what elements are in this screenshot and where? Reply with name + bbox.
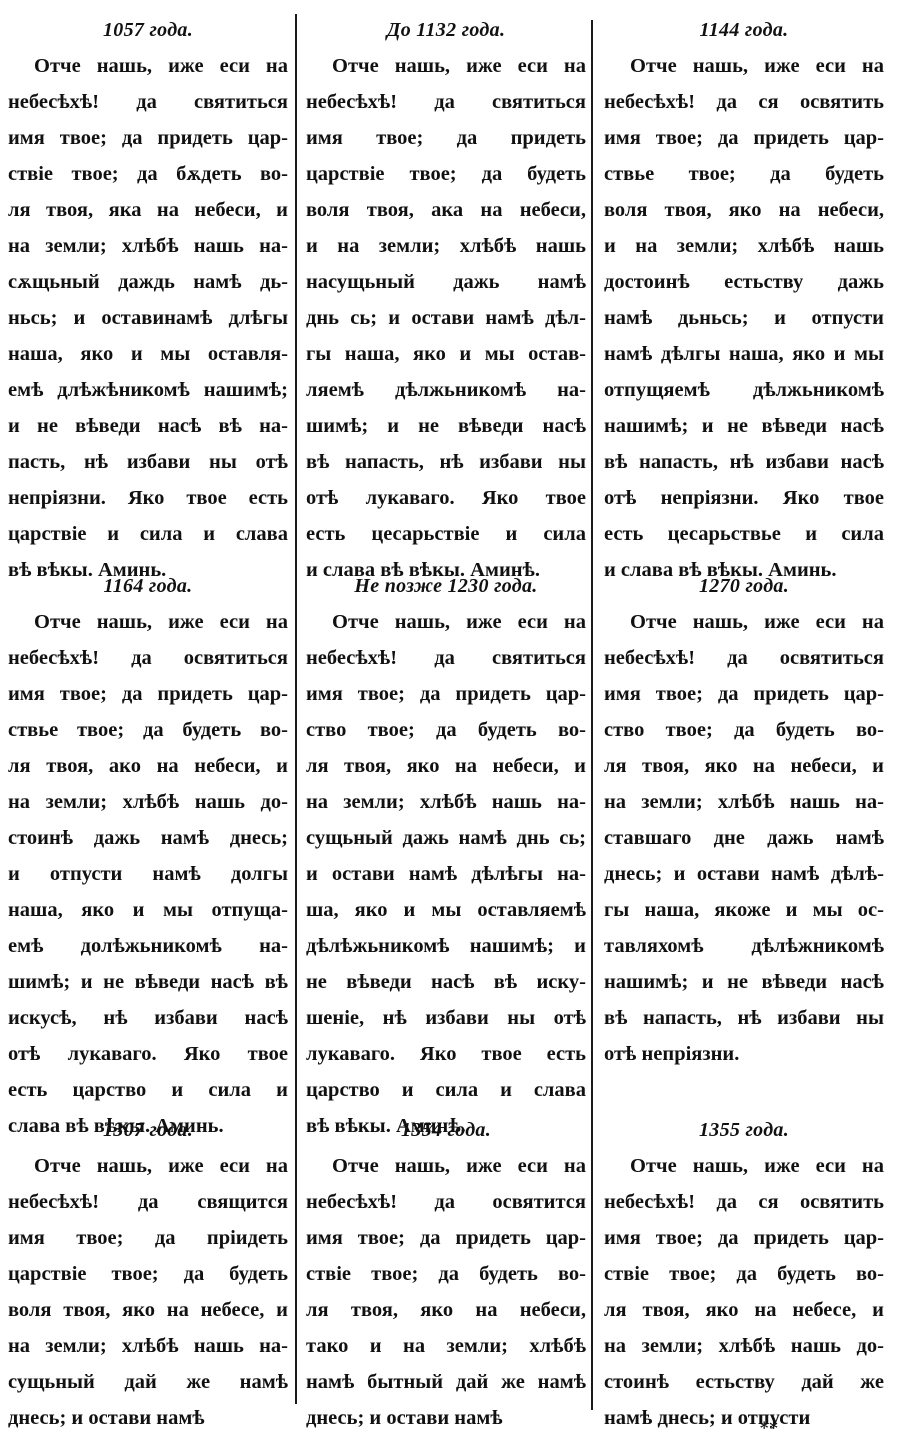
text-line: Отче нашь, иже еси на: [8, 48, 288, 84]
text-line: емѣ длѣжѣникомѣ нашимѣ;: [8, 372, 288, 408]
text-line: емѣ долѣжьникомѣ на-: [8, 928, 288, 964]
text-line: ляемѣ дѣлжьникомѣ на-: [306, 372, 586, 408]
text-line: имя твое; да придеть цар-: [306, 1220, 586, 1256]
footer-mark: **: [760, 1418, 779, 1437]
text-line: и отпусти намѣ долгы: [8, 856, 288, 892]
version-year-heading: 1354 года.: [306, 1112, 586, 1148]
text-line: есть царство и сила и: [8, 1072, 288, 1108]
text-line: стоинѣ дажь намѣ днесь;: [8, 820, 288, 856]
text-line: царствіе твое; да будеть: [306, 156, 586, 192]
text-line: ставшаго дне дажь намѣ: [604, 820, 884, 856]
text-line: небесѣхѣ! да ся освятить: [604, 84, 884, 120]
text-line: и не вѣведи насѣ вѣ на-: [8, 408, 288, 444]
text-line: отѣ непріязни. Яко твое: [604, 480, 884, 516]
text-line: шимѣ; и не вѣведи насѣ: [306, 408, 586, 444]
prayer-version: Не позже 1230 года.Отче нашь, иже еси на…: [306, 568, 586, 1144]
column-divider-2: [591, 20, 593, 1410]
version-year-heading: 1355 года.: [604, 1112, 884, 1148]
text-line: отѣ непріязни.: [604, 1036, 884, 1072]
prayer-version: 1355 года.Отче нашь, иже еси нанебесѣхѣ!…: [604, 1112, 884, 1436]
text-line: лукаваго. Яко твое есть: [306, 1036, 586, 1072]
text-line: ша, яко и мы оставляемѣ: [306, 892, 586, 928]
text-line: ньсь; и оставинамѣ длѣгы: [8, 300, 288, 336]
text-line: тавляхомѣ дѣлѣжникомѣ: [604, 928, 884, 964]
text-line: не вѣведи насѣ вѣ иску-: [306, 964, 586, 1000]
text-line: намѣ дьньсь; и отпусти: [604, 300, 884, 336]
text-line: на земли; хлѣбѣ нашь на-: [8, 228, 288, 264]
version-year-heading: Не позже 1230 года.: [306, 568, 586, 604]
text-line: отѣ лукаваго. Яко твое: [8, 1036, 288, 1072]
text-line: намѣ бытный дай же намѣ: [306, 1364, 586, 1400]
text-line: имя твое; да придеть цар-: [604, 1220, 884, 1256]
version-year-heading: 1307 года.: [8, 1112, 288, 1148]
text-line: наша, яко и мы оставля-: [8, 336, 288, 372]
text-line: воля твоя, ака на небеси,: [306, 192, 586, 228]
text-line: и на земли; хлѣбѣ нашь: [306, 228, 586, 264]
prayer-version: 1164 года.Отче нашь, иже еси нанебесѣхѣ!…: [8, 568, 288, 1144]
text-line: имя твое; да придеть цар-: [8, 120, 288, 156]
text-line: гы наша, якоже и мы ос-: [604, 892, 884, 928]
prayer-version: 1144 года.Отче нашь, иже еси нанебесѣхѣ!…: [604, 12, 884, 588]
text-line: вѣ напасть, нѣ избави ны: [604, 1000, 884, 1036]
text-line: имя твое; да придеть: [306, 120, 586, 156]
text-line: ля твоя, яка на небеси, и: [8, 192, 288, 228]
text-line: шимѣ; и не вѣведи насѣ вѣ: [8, 964, 288, 1000]
text-line: вѣ напасть, нѣ избави ны: [306, 444, 586, 480]
text-line: небесѣхѣ! да освятиться: [604, 640, 884, 676]
text-line: Отче нашь, иже еси на: [604, 1148, 884, 1184]
text-line: Отче нашь, иже еси на: [8, 604, 288, 640]
text-line: Отче нашь, иже еси на: [604, 604, 884, 640]
prayer-version: 1307 года.Отче нашь, иже еси нанебесѣхѣ!…: [8, 1112, 288, 1436]
text-line: пасть, нѣ избави ны отѣ: [8, 444, 288, 480]
text-line: небесѣхѣ! да освятиться: [8, 640, 288, 676]
text-line: небесѣхѣ! да святиться: [306, 84, 586, 120]
text-line: ствіе твое; да будеть во-: [604, 1256, 884, 1292]
column-divider-1: [295, 14, 297, 1404]
text-line: намѣ днесь; и отпусти: [604, 1400, 884, 1436]
text-line: на земли; хлѣбѣ нашь на-: [8, 1328, 288, 1364]
text-line: ля твоя, яко на небесе, и: [604, 1292, 884, 1328]
text-line: небесѣхѣ! да святиться: [8, 84, 288, 120]
text-line: гы наша, яко и мы остав-: [306, 336, 586, 372]
text-line: имя твое; да придеть цар-: [8, 676, 288, 712]
prayer-version: 1057 года.Отче нашь, иже еси нанебесѣхѣ!…: [8, 12, 288, 588]
text-line: на земли; хлѣбѣ нашь на-: [604, 784, 884, 820]
book-page: 1057 года.Отче нашь, иже еси нанебесѣхѣ!…: [0, 0, 900, 1450]
text-line: стоинѣ естьству дай же: [604, 1364, 884, 1400]
text-line: ствье твое; да будеть во-: [8, 712, 288, 748]
text-line: ствіе твое; да будеть во-: [306, 1256, 586, 1292]
text-line: шеніе, нѣ избави ны отѣ: [306, 1000, 586, 1036]
version-year-heading: 1164 года.: [8, 568, 288, 604]
text-line: на земли; хлѣбѣ нашь на-: [306, 784, 586, 820]
version-year-heading: 1057 года.: [8, 12, 288, 48]
text-line: отпущяемѣ дѣлжьникомѣ: [604, 372, 884, 408]
version-year-heading: До 1132 года.: [306, 12, 586, 48]
text-line: Отче нашь, иже еси на: [306, 604, 586, 640]
text-line: сущьный дажь намѣ днь сь;: [306, 820, 586, 856]
text-line: непріязни. Яко твое есть: [8, 480, 288, 516]
text-line: вѣ напасть, нѣ избави насѣ: [604, 444, 884, 480]
text-line: ля твоя, яко на небеси,: [306, 1292, 586, 1328]
text-line: небесѣхѣ! да ся освятить: [604, 1184, 884, 1220]
text-line: и на земли; хлѣбѣ нашь: [604, 228, 884, 264]
text-line: Отче нашь, иже еси на: [8, 1148, 288, 1184]
text-line: на земли; хлѣбѣ нашь до-: [8, 784, 288, 820]
text-line: намѣ дѣлгы наша, яко и мы: [604, 336, 884, 372]
text-line: царствіе твое; да будеть: [8, 1256, 288, 1292]
text-line: ля твоя, яко на небеси, и: [306, 748, 586, 784]
text-line: дѣлѣжьникомѣ нашимѣ; и: [306, 928, 586, 964]
text-line: насущьный дажь намѣ: [306, 264, 586, 300]
text-line: искусѣ, нѣ избави насѣ: [8, 1000, 288, 1036]
text-line: имя твое; да придеть цар-: [604, 120, 884, 156]
prayer-version: 1270 года.Отче нашь, иже еси нанебесѣхѣ!…: [604, 568, 884, 1072]
text-line: нашимѣ; и не вѣведи насѣ: [604, 408, 884, 444]
text-line: ство твое; да будеть во-: [306, 712, 586, 748]
text-line: имя твое; да придеть цар-: [306, 676, 586, 712]
text-line: царствіе и сила и слава: [8, 516, 288, 552]
text-line: небесѣхѣ! да освятится: [306, 1184, 586, 1220]
text-line: имя твое; да пріидеть: [8, 1220, 288, 1256]
text-line: отѣ лукаваго. Яко твое: [306, 480, 586, 516]
text-line: Отче нашь, иже еси на: [306, 48, 586, 84]
text-line: днесь; и остави намѣ: [8, 1400, 288, 1436]
prayer-version: 1354 года.Отче нашь, иже еси нанебесѣхѣ!…: [306, 1112, 586, 1436]
text-line: воля твоя, яко на небесе, и: [8, 1292, 288, 1328]
text-line: днь сь; и остави намѣ дѣл-: [306, 300, 586, 336]
version-year-heading: 1270 года.: [604, 568, 884, 604]
text-line: ство твое; да будеть во-: [604, 712, 884, 748]
text-line: Отче нашь, иже еси на: [306, 1148, 586, 1184]
text-line: на земли; хлѣбѣ нашь до-: [604, 1328, 884, 1364]
text-line: сѫщьный даждь намѣ дь-: [8, 264, 288, 300]
text-line: ствье твое; да будеть: [604, 156, 884, 192]
text-line: ля твоя, ако на небеси, и: [8, 748, 288, 784]
text-line: днесь; и остави намѣ дѣлѣ-: [604, 856, 884, 892]
text-line: есть цесарьствье и сила: [604, 516, 884, 552]
text-line: небесѣхѣ! да свящится: [8, 1184, 288, 1220]
text-line: есть цесарьствіе и сила: [306, 516, 586, 552]
text-line: сущьный дай же намѣ: [8, 1364, 288, 1400]
text-line: царство и сила и слава: [306, 1072, 586, 1108]
text-line: Отче нашь, иже еси на: [604, 48, 884, 84]
text-line: ля твоя, яко на небеси, и: [604, 748, 884, 784]
text-line: и остави намѣ дѣлѣгы на-: [306, 856, 586, 892]
text-line: днесь; и остави намѣ: [306, 1400, 586, 1436]
text-line: достоинѣ естьству дажь: [604, 264, 884, 300]
prayer-version: До 1132 года.Отче нашь, иже еси нанебесѣ…: [306, 12, 586, 588]
version-year-heading: 1144 года.: [604, 12, 884, 48]
text-line: имя твое; да придеть цар-: [604, 676, 884, 712]
text-line: нашимѣ; и не вѣведи насѣ: [604, 964, 884, 1000]
text-line: тако и на земли; хлѣбѣ: [306, 1328, 586, 1364]
text-line: небесѣхѣ! да святиться: [306, 640, 586, 676]
text-line: воля твоя, яко на небеси,: [604, 192, 884, 228]
text-line: ствіе твое; да бѫдеть во-: [8, 156, 288, 192]
text-line: наша, яко и мы отпуща-: [8, 892, 288, 928]
